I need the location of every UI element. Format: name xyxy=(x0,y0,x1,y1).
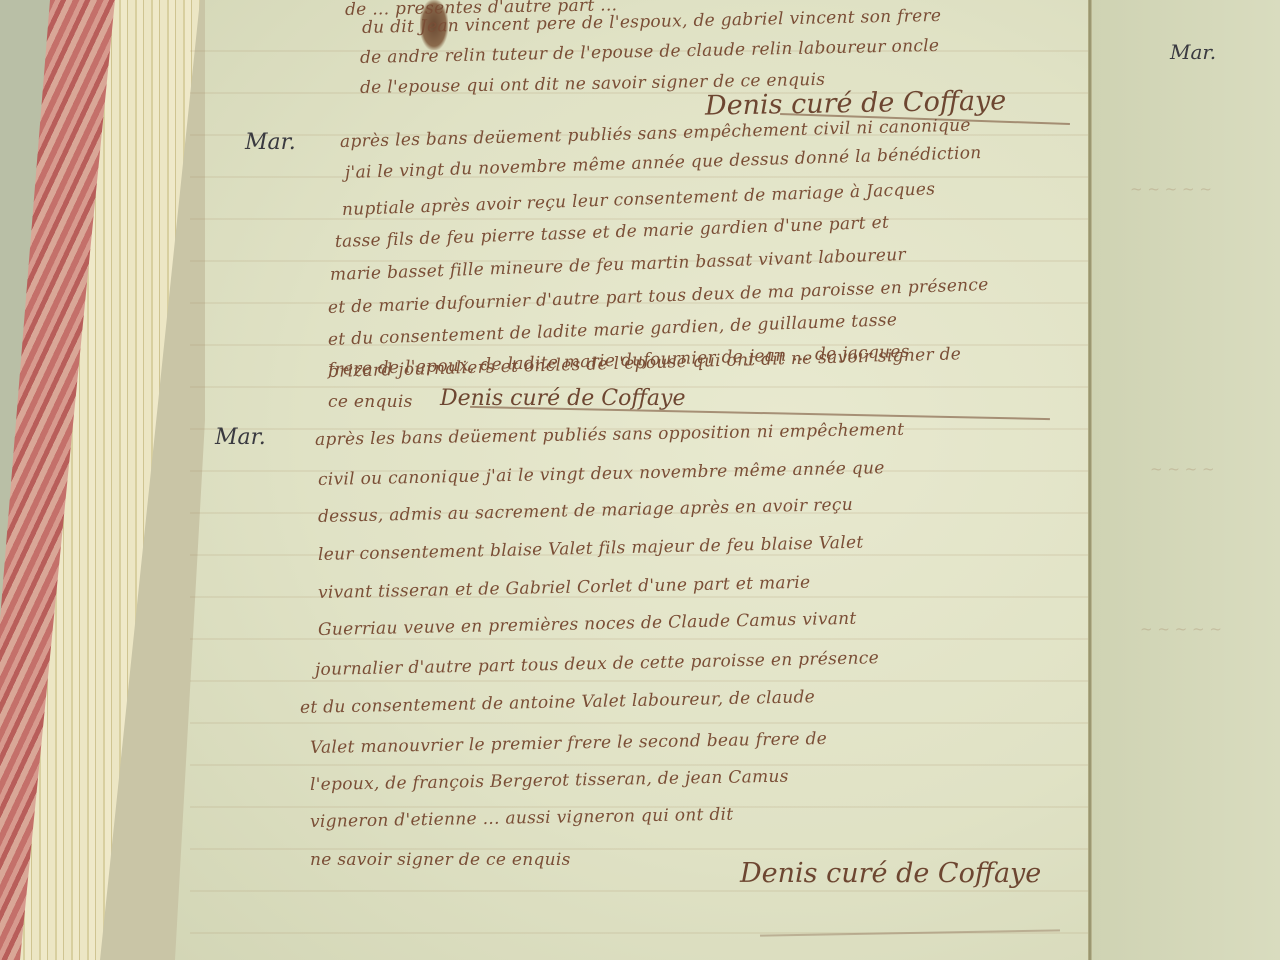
margin-label: Mar. xyxy=(215,425,266,450)
entry-line: ne savoir signer de ce enquis xyxy=(310,850,571,870)
entry-line: ce enquis xyxy=(328,392,413,412)
priest-signature: Denis curé de Coffaye xyxy=(740,858,1041,889)
bleed-through-text: ~ ~ ~ ~ ~ xyxy=(1130,180,1212,198)
margin-label-right: Mar. xyxy=(1170,40,1216,64)
bleed-through-text: ~ ~ ~ ~ ~ xyxy=(1140,620,1222,638)
facing-page xyxy=(1092,0,1280,960)
bleed-through-text: ~ ~ ~ ~ xyxy=(1150,460,1215,478)
margin-label: Mar. xyxy=(245,130,296,155)
